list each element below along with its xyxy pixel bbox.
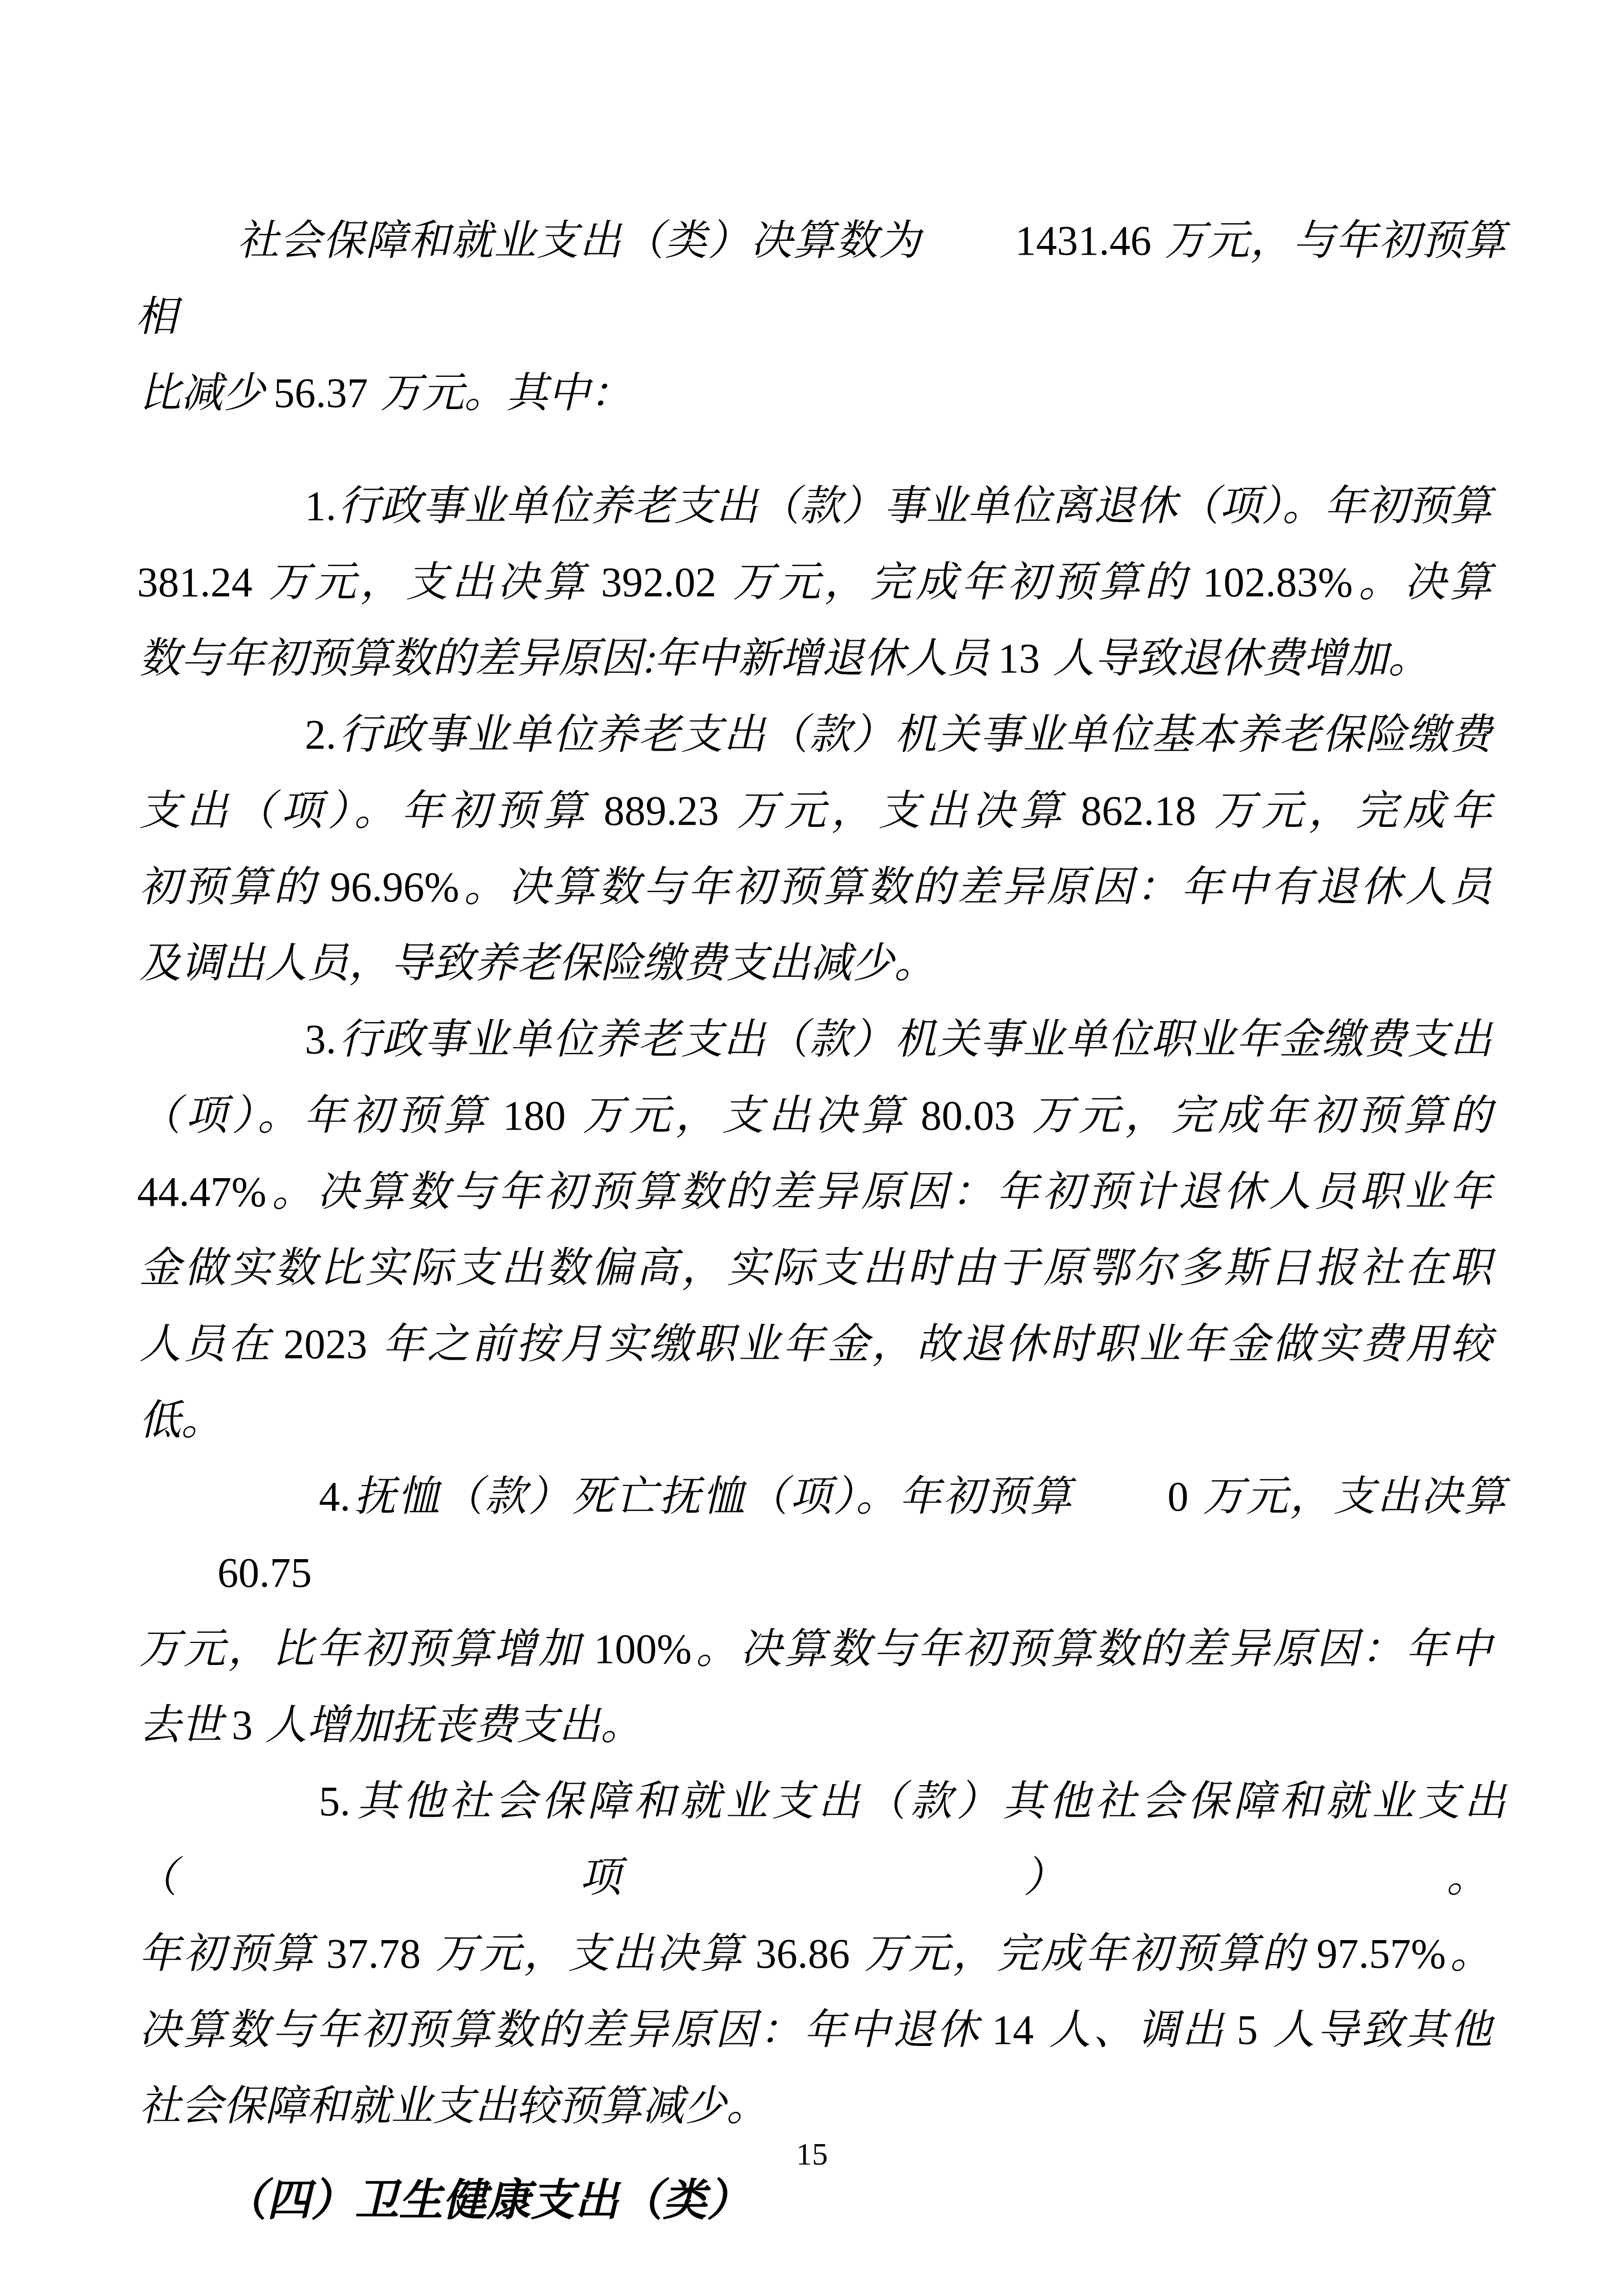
numeric-text: 392.02 bbox=[601, 544, 717, 620]
text-line: 低。 bbox=[134, 1382, 1504, 1458]
text-line: 金做实数比实际支出数偏高，实际支出时由于原鄂尔多斯日报社在职 bbox=[134, 1230, 1504, 1306]
text-line: 381.24 万元，支出决算 392.02 万元，完成年初预算的 102.83%… bbox=[134, 544, 1504, 620]
numeric-text: 80.03 bbox=[921, 1077, 1015, 1154]
numeric-text: 889.23 bbox=[604, 773, 719, 849]
text-line: 4.抚恤（款）死亡抚恤（项）。年初预算 0 万元，支出决算 60.75 bbox=[130, 1458, 1518, 1611]
numeric-text: 0 bbox=[1084, 1458, 1189, 1535]
text-line: 44.47%。决算数与年初预算数的差异原因：年初预计退休人员职业年 bbox=[134, 1154, 1504, 1230]
numeric-text: 97.57% bbox=[1317, 1916, 1446, 1992]
numeric-text: 5 bbox=[1237, 1992, 1258, 2068]
document-body: 社会保障和就业支出（类）决算数为 1431.46 万元，与年初预算相比减少 56… bbox=[137, 202, 1490, 2239]
numeric-text: 2023 bbox=[283, 1306, 367, 1382]
paragraph: 1.行政事业单位养老支出（款）事业单位离退休（项）。年初预算381.24 万元，… bbox=[137, 468, 1490, 696]
document-page: 社会保障和就业支出（类）决算数为 1431.46 万元，与年初预算相比减少 56… bbox=[0, 0, 1624, 2296]
text-line: 决算数与年初预算数的差异原因：年中退休 14 人、调出 5 人导致其他 bbox=[134, 1992, 1504, 2068]
paragraph: 2.行政事业单位养老支出（款）机关事业单位基本养老保险缴费支出（项）。年初预算 … bbox=[137, 696, 1490, 1001]
numeric-text: 37.78 bbox=[326, 1916, 421, 1992]
numeric-text: 14 bbox=[992, 1992, 1034, 2068]
numeric-text: 44.47% bbox=[137, 1154, 266, 1230]
numeric-text: 56.37 bbox=[274, 355, 368, 431]
text-line: 及调出人员，导致养老保险缴费支出减少。 bbox=[134, 925, 1504, 1001]
text-line: 社会保障和就业支出（类）决算数为 1431.46 万元，与年初预算相 bbox=[130, 202, 1518, 355]
numeric-text: 3. bbox=[221, 1001, 337, 1077]
paragraph: 社会保障和就业支出（类）决算数为 1431.46 万元，与年初预算相比减少 56… bbox=[137, 202, 1490, 431]
numeric-text: 5. bbox=[235, 1763, 351, 1839]
text-line: 年初预算 37.78 万元，支出决算 36.86 万元，完成年初预算的 97.5… bbox=[134, 1916, 1504, 1992]
paragraph: 5.其他社会保障和就业支出（款）其他社会保障和就业支出（项）。年初预算 37.7… bbox=[137, 1763, 1490, 2144]
text-line: 支出（项）。年初预算 889.23 万元，支出决算 862.18 万元，完成年 bbox=[134, 773, 1504, 849]
numeric-text: 102.83% bbox=[1203, 544, 1353, 620]
numeric-text: 1431.46 bbox=[931, 202, 1151, 279]
page-number: 15 bbox=[0, 2135, 1624, 2173]
text-line: 5.其他社会保障和就业支出（款）其他社会保障和就业支出（项）。 bbox=[130, 1763, 1518, 1916]
text-line: 数与年初预算数的差异原因:年中新增退休人员 13 人导致退休费增加。 bbox=[134, 620, 1504, 696]
numeric-text: 13 bbox=[998, 620, 1040, 696]
numeric-text: 1. bbox=[221, 468, 337, 544]
numeric-text: 96.96% bbox=[330, 849, 459, 925]
numeric-text: 381.24 bbox=[137, 544, 253, 620]
section-heading: （四）卫生健康支出（类） bbox=[134, 2163, 1504, 2239]
paragraph: 3.行政事业单位养老支出（款）机关事业单位职业年金缴费支出（项）。年初预算 18… bbox=[137, 1001, 1490, 1458]
text-line: 万元，比年初预算增加 100%。决算数与年初预算数的差异原因：年中 bbox=[134, 1611, 1504, 1687]
numeric-text: 180 bbox=[503, 1077, 566, 1154]
text-line: 1.行政事业单位养老支出（款）事业单位离退休（项）。年初预算 bbox=[134, 468, 1504, 544]
text-line: 社会保障和就业支出较预算减少。 bbox=[134, 2068, 1504, 2144]
numeric-text: 36.86 bbox=[755, 1916, 850, 1992]
text-line: 去世 3 人增加抚丧费支出。 bbox=[134, 1687, 1504, 1763]
numeric-text: 100% bbox=[594, 1611, 692, 1687]
text-line: 比减少 56.37 万元。其中： bbox=[134, 355, 1504, 431]
paragraph: 4.抚恤（款）死亡抚恤（项）。年初预算 0 万元，支出决算 60.75万元，比年… bbox=[137, 1458, 1490, 1763]
text-line: 人员在 2023 年之前按月实缴职业年金，故退休时职业年金做实费用较 bbox=[134, 1306, 1504, 1382]
numeric-text: 60.75 bbox=[134, 1535, 312, 1611]
numeric-text: 3 bbox=[232, 1687, 253, 1763]
text-line: 初预算的 96.96%。决算数与年初预算数的差异原因：年中有退休人员 bbox=[134, 849, 1504, 925]
numeric-text: 2. bbox=[221, 696, 337, 773]
numeric-text: 862.18 bbox=[1081, 773, 1196, 849]
text-line: 2.行政事业单位养老支出（款）机关事业单位基本养老保险缴费 bbox=[134, 696, 1504, 773]
text-line: （项）。年初预算 180 万元，支出决算 80.03 万元，完成年初预算的 bbox=[134, 1077, 1504, 1154]
text-line: 3.行政事业单位养老支出（款）机关事业单位职业年金缴费支出 bbox=[134, 1001, 1504, 1077]
numeric-text: 4. bbox=[235, 1458, 351, 1535]
